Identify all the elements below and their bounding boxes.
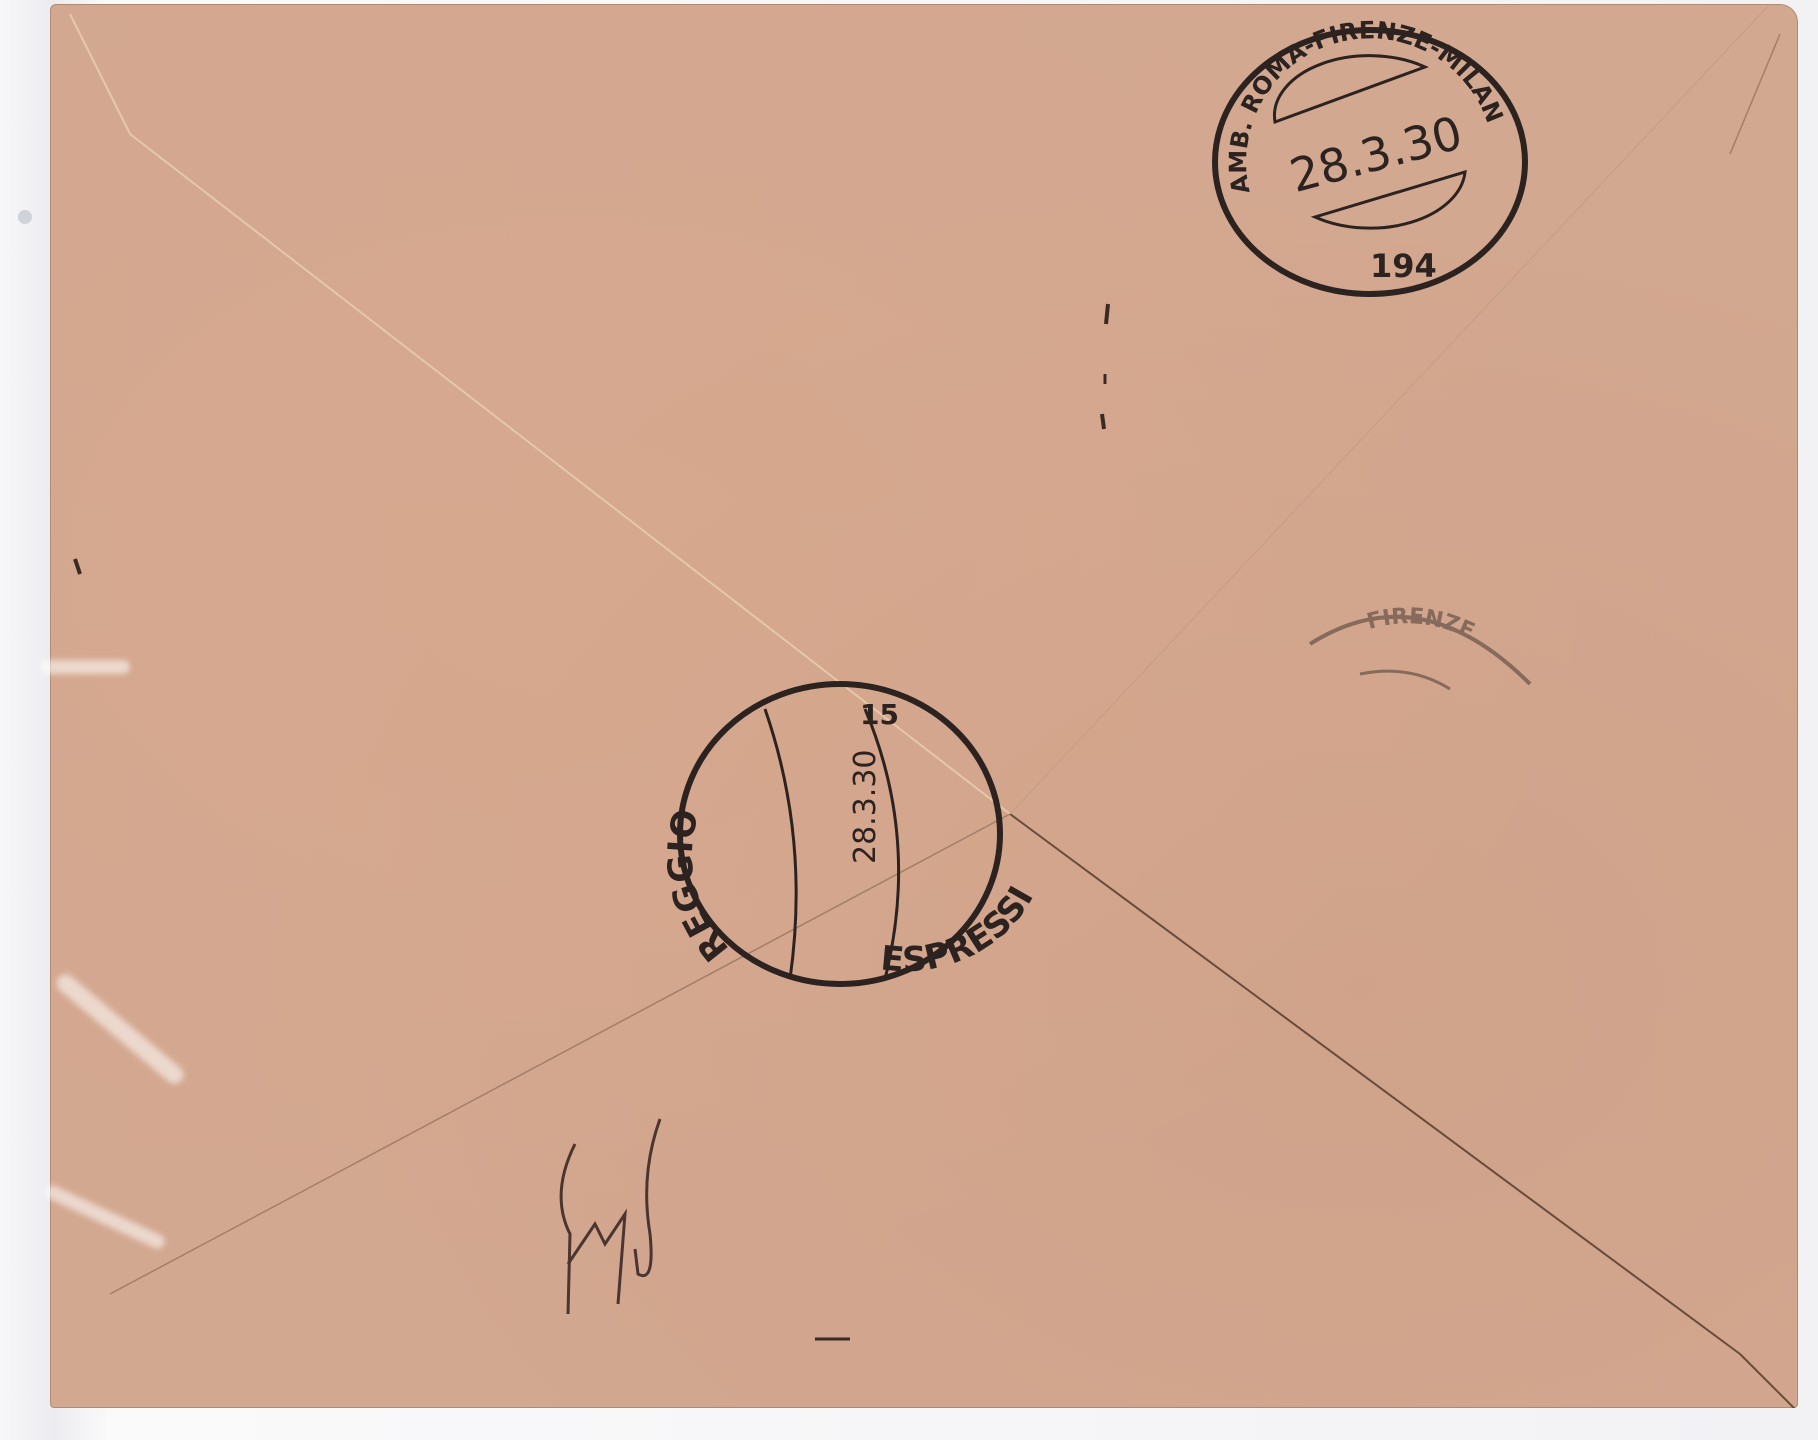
- envelope-back: AMB. ROMA-FIRENZE-MILANO 28.3.30 194 REG…: [50, 4, 1798, 1408]
- sleeve-punch-hole: [18, 210, 32, 224]
- sleeve-glare: [40, 660, 130, 674]
- stray-ink-marks: [50, 4, 1798, 1408]
